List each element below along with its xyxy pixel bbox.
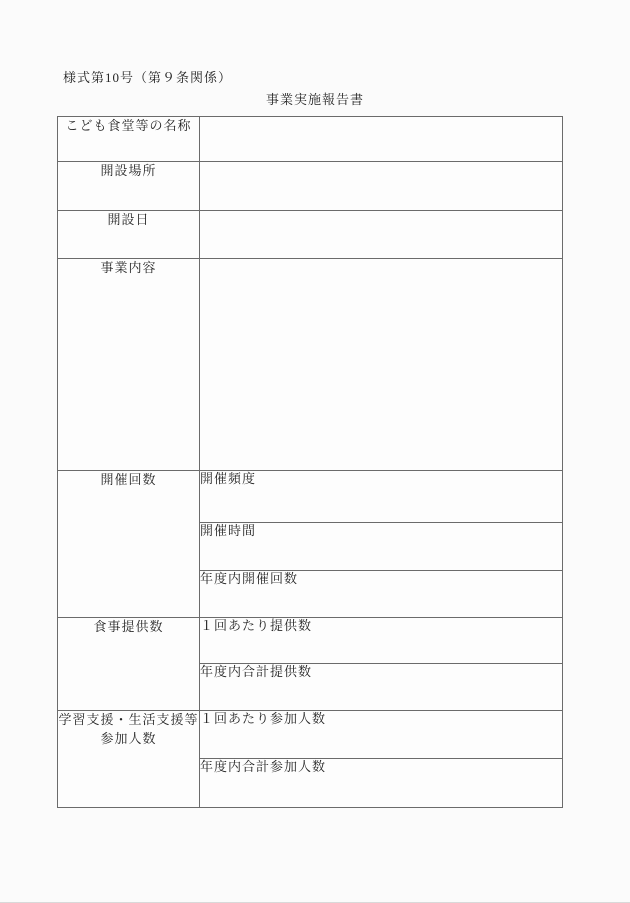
field-label-session-frequency: 開催頻度 [200,471,563,523]
field-label-participants-per-session: １回あたり参加人数 [200,711,563,759]
field-label-session-time: 開催時間 [200,523,563,571]
field-label-annual-total-meals: 年度内合計提供数 [200,664,563,711]
field-label-support-participants-line2: 参加人数 [58,730,199,749]
field-value-location [200,162,563,211]
field-label-session-count: 開催回数 [58,471,200,618]
form-number: 様式第10号（第９条関係） [63,67,232,86]
field-label-annual-session-count: 年度内開催回数 [200,571,563,618]
field-value-business-content [200,259,563,471]
field-label-meals-provided: 食事提供数 [58,618,200,711]
field-label-location: 開設場所 [58,162,200,211]
table-row: こども食堂等の名称 [58,117,563,162]
table-row: 開催回数 開催頻度 [58,471,563,523]
table-row: 学習支援・生活支援等 参加人数 １回あたり参加人数 [58,711,563,759]
field-value-opening-date [200,211,563,259]
table-row: 開設日 [58,211,563,259]
field-label-facility-name: こども食堂等の名称 [58,117,200,162]
table-row: 開設場所 [58,162,563,211]
table-row: 事業内容 [58,259,563,471]
report-table: こども食堂等の名称 開設場所 開設日 事業内容 開催回数 開催頻度 開催時間 年… [57,116,563,808]
field-label-opening-date: 開設日 [58,211,200,259]
field-label-annual-total-participants: 年度内合計参加人数 [200,759,563,808]
field-label-meals-per-session: １回あたり提供数 [200,618,563,664]
field-label-business-content: 事業内容 [58,259,200,471]
field-label-support-participants: 学習支援・生活支援等 参加人数 [58,711,200,808]
field-value-facility-name [200,117,563,162]
table-row: 食事提供数 １回あたり提供数 [58,618,563,664]
field-label-support-participants-line1: 学習支援・生活支援等 [58,711,199,730]
document-title: 事業実施報告書 [0,89,630,108]
